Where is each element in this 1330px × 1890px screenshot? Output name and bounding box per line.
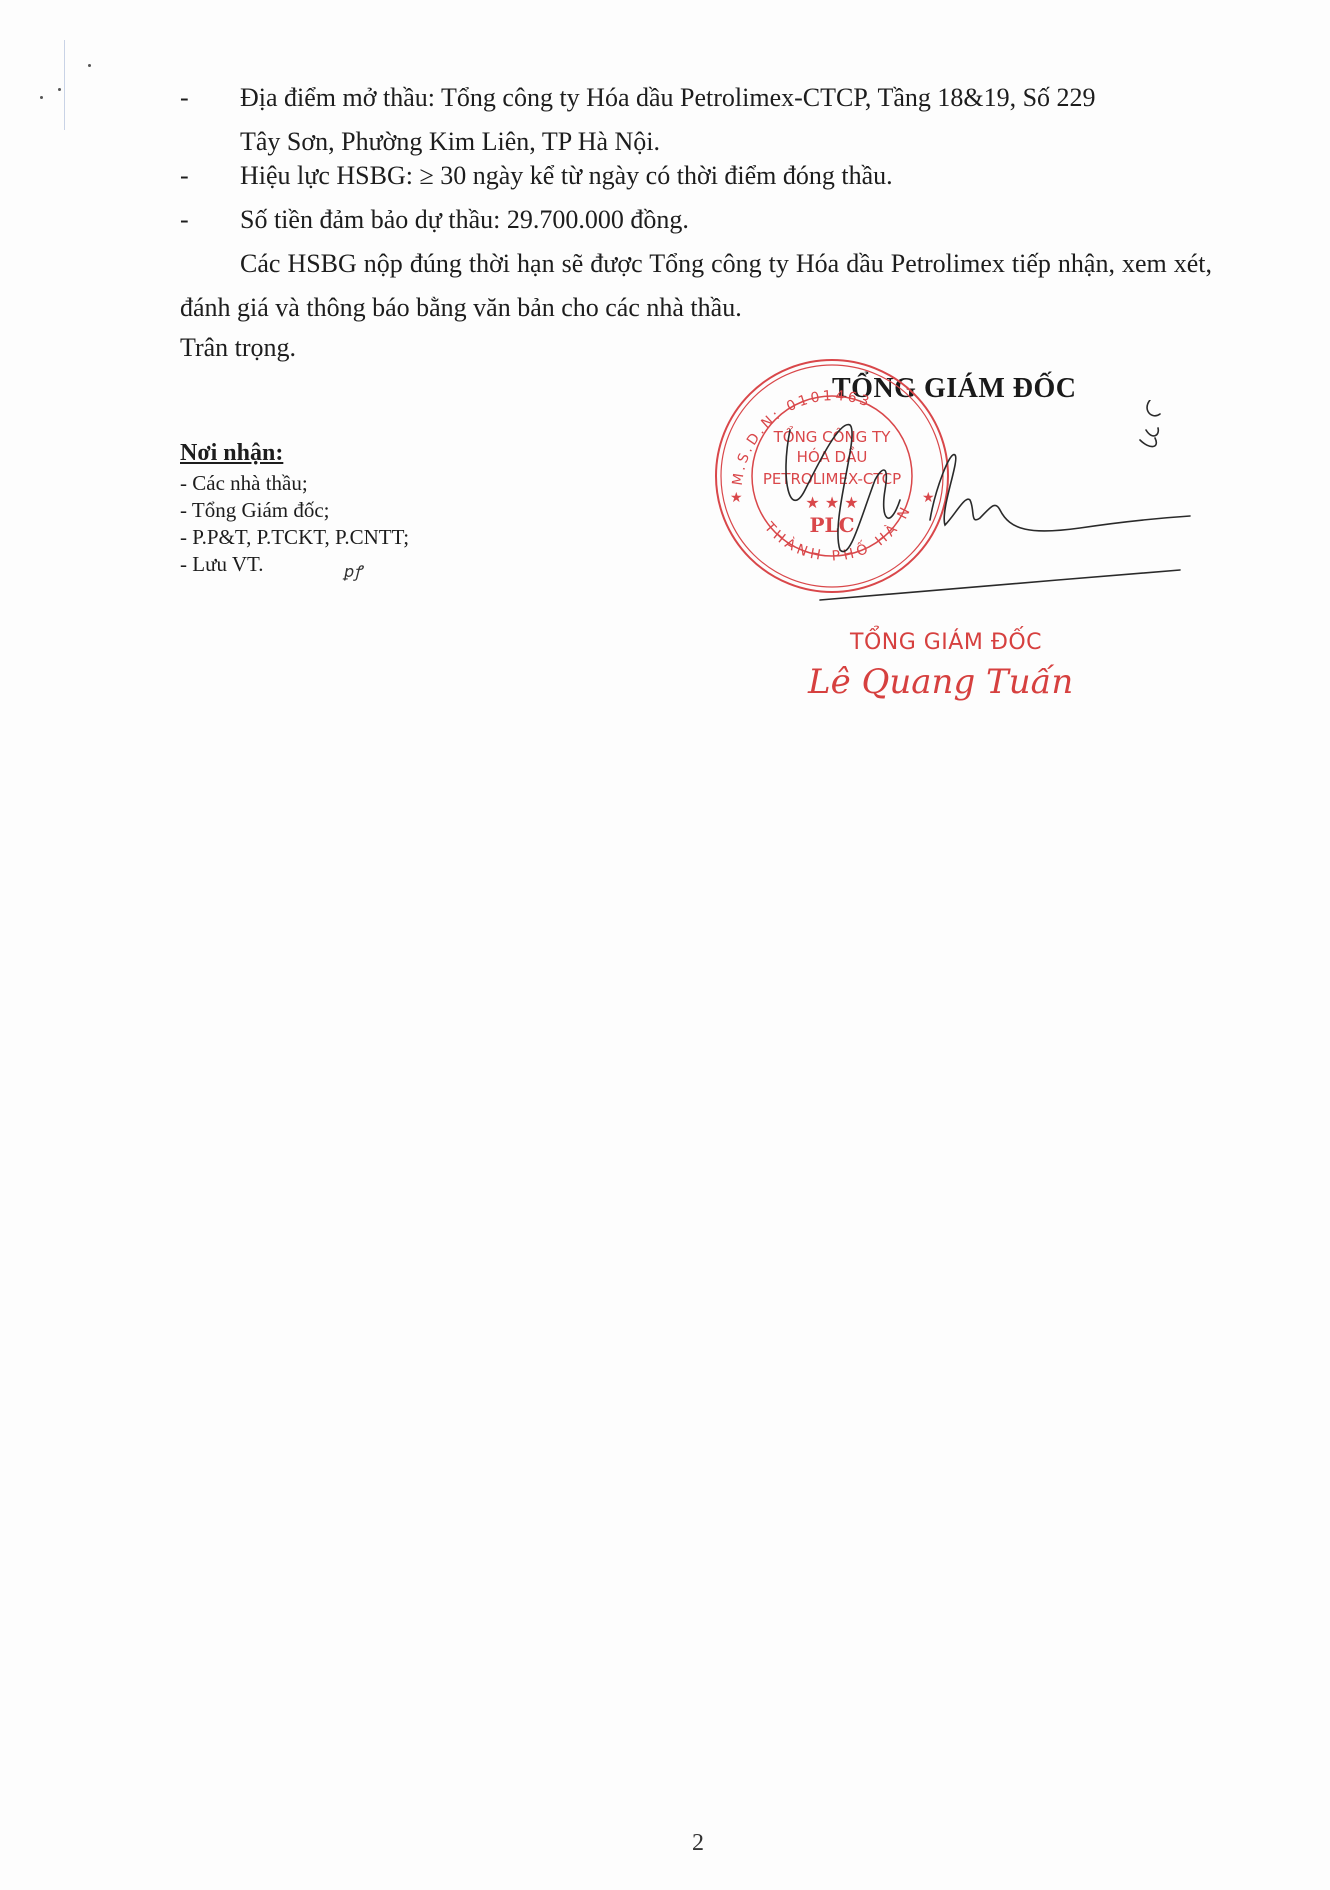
document-page: - Địa điểm mở thầu: Tổng công ty Hóa dầu… — [0, 0, 1330, 1890]
recipients-title: Nơi nhận: — [180, 436, 409, 470]
scan-speck — [58, 88, 61, 91]
recipient-item: - Tổng Giám đốc; — [180, 497, 409, 524]
bullet-dash: - — [180, 76, 200, 120]
recipients-block: Nơi nhận: - Các nhà thầu; - Tổng Giám đố… — [180, 436, 409, 578]
bullet-line: Địa điểm mở thầu: Tổng công ty Hóa dầu P… — [240, 76, 1250, 120]
bullet-line: Số tiền đảm bảo dự thầu: 29.700.000 đồng… — [240, 198, 1250, 242]
stamp-name: Lê Quang Tuấn — [808, 662, 1073, 702]
bullet-dash: - — [180, 154, 200, 198]
scan-speck — [88, 64, 91, 67]
recipient-item: - P.P&T, P.TCKT, P.CNTT; — [180, 524, 409, 551]
closing-salutation: Trân trọng. — [180, 326, 296, 370]
recipient-item: - Các nhà thầu; — [180, 470, 409, 497]
bullet-line: Hiệu lực HSBG: ≥ 30 ngày kể từ ngày có t… — [240, 154, 1250, 198]
stamp-title: TỔNG GIÁM ĐỐC — [850, 630, 1042, 655]
recipient-item: - Lưu VT. — [180, 551, 409, 578]
bullet-dash: - — [180, 198, 200, 242]
scan-edge-line — [64, 40, 65, 130]
handwritten-signature-icon — [780, 400, 1200, 620]
closing-paragraph: Các HSBG nộp đúng thời hạn sẽ được Tổng … — [180, 242, 1212, 330]
scan-speck — [40, 96, 43, 99]
svg-text:★: ★ — [730, 490, 743, 506]
page-number: 2 — [692, 1830, 704, 1857]
handwritten-initial: ꝑꝭ — [344, 560, 362, 582]
